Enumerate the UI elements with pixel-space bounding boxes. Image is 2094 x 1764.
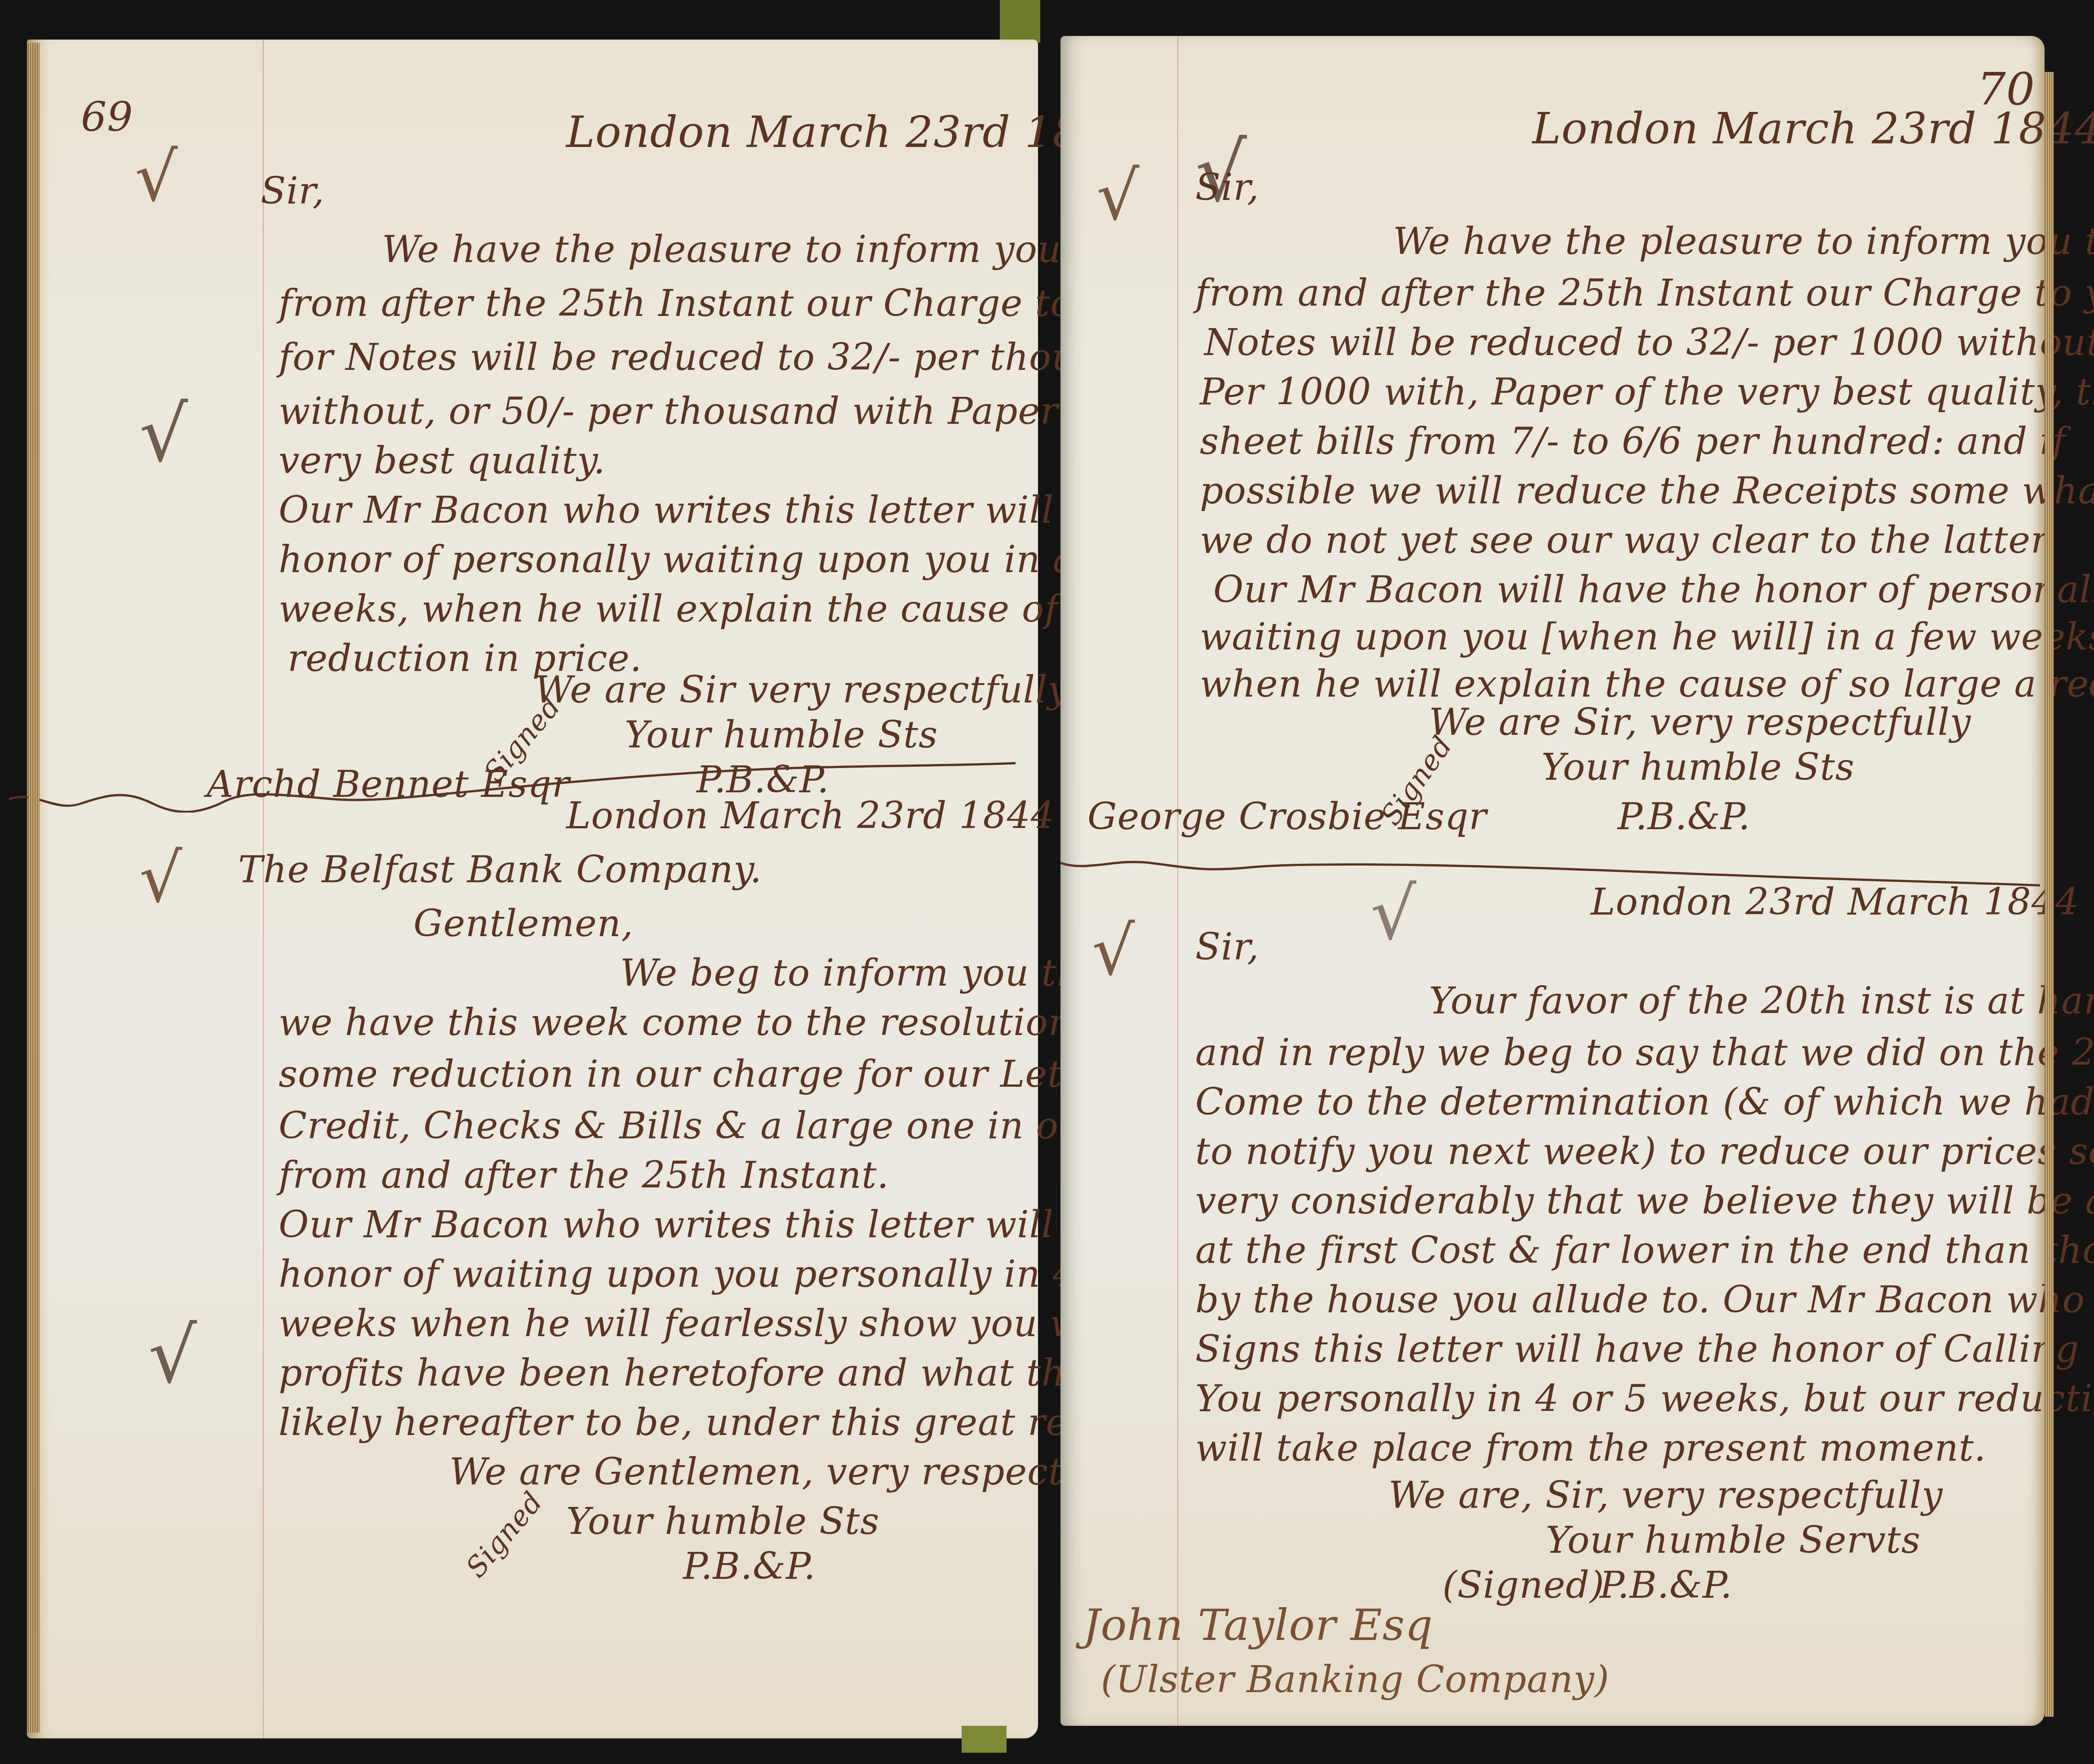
salutation: Sir, [1195,926,1260,969]
body-line: sheet bills from 7/- to 6/6 per hundred:… [1200,420,2066,463]
signed-note: (Signed) [1442,1564,1605,1607]
addressee-company: (Ulster Banking Company) [1101,1658,1610,1701]
check-mark-icon: √ [135,138,178,217]
addressee-heading: The Belfast Bank Company. [238,849,762,891]
body-line: We have the pleasure to inform you that [382,228,1151,271]
body-line: honor of waiting upon you personally in … [279,1253,1166,1296]
closing: We are Sir very respectfully [535,669,1069,711]
check-mark-icon: √ [1092,912,1135,991]
right-page: 70 √ London March 23rd 1844 √ Sir, We ha… [1060,36,2045,1726]
bookmark-ribbon-top [1000,0,1040,43]
check-mark-icon: √ [1096,157,1140,235]
closing: We are, Sir, very respectfully [1389,1474,1943,1517]
signature-line: Your humble Servts [1546,1519,1921,1562]
body-line: by the house you allude to. Our Mr Bacon… [1195,1279,2085,1321]
page-edges-right [2045,72,2054,1717]
body-line: Notes will be reduced to 32/- per 1000 w… [1204,321,2094,364]
bookmark-ribbon-bottom [962,1726,1007,1753]
body-line: We beg to inform you that [620,952,1118,995]
check-mark-icon: √ [148,1311,197,1400]
body-line: Your favor of the 20th inst is at hand [1429,980,2094,1022]
closing: We are Sir, very respectfully [1429,701,1971,744]
body-line: Per 1000 with, Paper of the very best qu… [1200,371,2094,413]
body-line: from and after the 25th Instant. [279,1154,889,1197]
date-line: London March 23rd 1844 [566,795,1055,837]
body-line: without, or 50/- per thousand with Paper… [279,390,1181,433]
signed-note: Signed [459,1485,549,1584]
addressee: George Crosbie Esqr [1087,795,1487,838]
check-mark-icon: √ [139,840,182,918]
signature: P.B.&P. [1600,1564,1733,1607]
salutation: Gentlemen, [413,902,634,945]
signature: P.B.&P. [683,1545,816,1588]
date-line: London March 23rd 1844 [566,107,1136,157]
body-line: honor of personally waiting upon you in … [279,538,1156,581]
body-line: We have the pleasure to inform you that [1393,220,2094,263]
body-line: to notify you next week) to reduce our p… [1195,1130,2094,1173]
body-line: Signs this letter will have the honor of… [1195,1328,2094,1371]
body-line: when he will explain the cause of so lar… [1200,663,2094,706]
book-spread: 69 London March 23rd 1844 √ Sir, We have… [0,0,2094,1764]
signature-line: Your humble Sts [566,1500,879,1543]
addressee: John Taylor Esq [1083,1600,1433,1650]
closing: We are Gentlemen, very respectfully [449,1451,1148,1493]
body-line: and in reply we beg to say that we did o… [1195,1031,2094,1074]
body-line: some reduction in our charge for our Let… [279,1053,1187,1096]
folio-number: 69 [81,93,133,141]
body-line: from after the 25th Instant our Charge t… [279,282,1153,325]
body-line: will take place from the present moment. [1195,1427,1986,1470]
body-line: Our Mr Bacon will have the honor of pers… [1213,569,2094,611]
body-line: from and after the 25th Instant our Char… [1195,272,2094,315]
body-line: waiting upon you [when he will] in a few… [1200,616,2094,658]
signature: P.B.&P. [1618,795,1751,838]
salutation: Sir, [261,170,325,213]
signature-line: Your humble Sts [1541,746,1854,789]
page-edges-left [28,43,40,1733]
body-line: Come to the determination (& of which we… [1195,1081,2094,1124]
body-line: at the first Cost & far lower in the end… [1195,1229,2094,1272]
left-page: 69 London March 23rd 1844 √ Sir, We have… [27,40,1038,1738]
check-mark-icon: √ [139,390,188,479]
body-line: for Notes will be reduced to 32/- per th… [279,336,1166,379]
body-line: You personally in 4 or 5 weeks, but our … [1195,1377,2094,1420]
check-mark-icon: √ [1371,872,1416,956]
date-line: London March 23rd 1844 [1532,103,2094,154]
body-line: very considerably that we believe they w… [1195,1180,2094,1222]
body-line: we do not yet see our way clear to the l… [1200,519,2057,562]
salutation: Sir, [1195,166,1260,209]
body-line: possible we will reduce the Receipts som… [1200,470,2094,512]
body-line: profits have been heretofore and what th… [279,1352,1184,1395]
date-line: London 23rd March 1844 [1591,881,2079,924]
body-line: very best quality. [279,440,606,482]
